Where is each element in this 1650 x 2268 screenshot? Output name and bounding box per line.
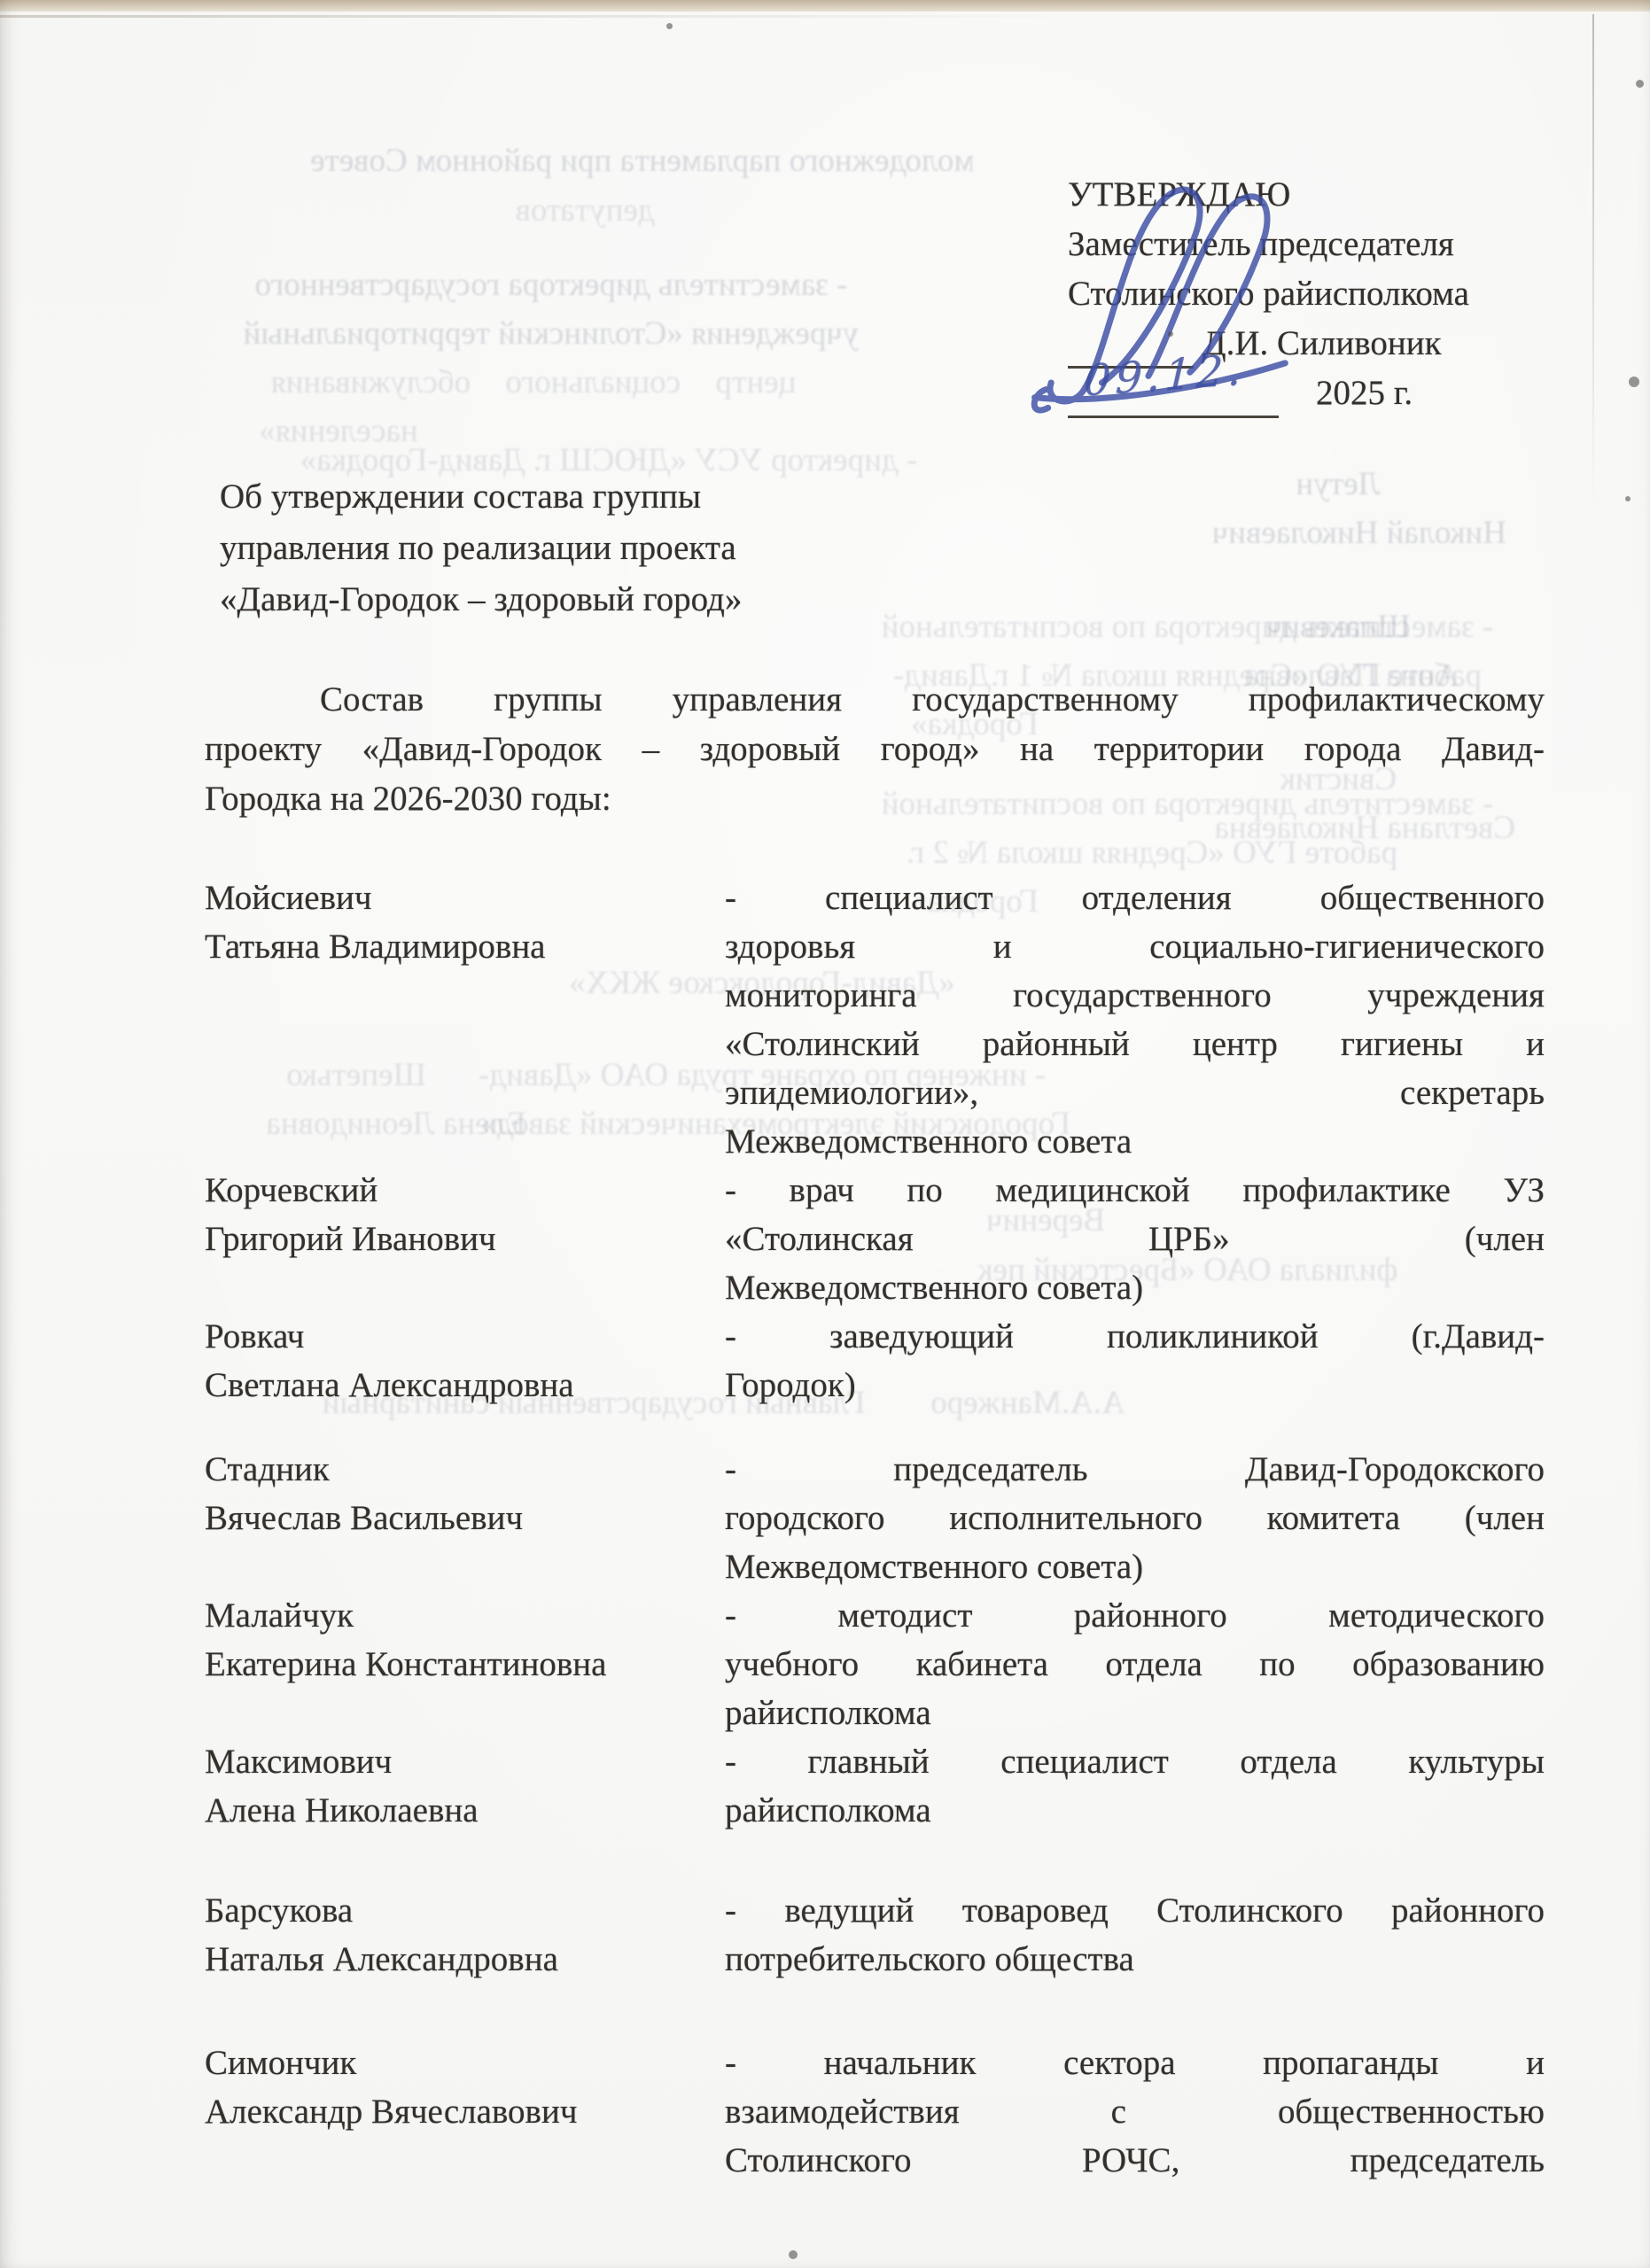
member-role: - ведущий товаровед Столинского районног… — [725, 1886, 1545, 1984]
member-role: - начальник сектора пропаганды ивзаимоде… — [725, 2039, 1545, 2185]
member-name-line: Григорий Иванович — [205, 1215, 725, 1263]
member-role-line: - специалист отделения общественного — [725, 874, 1545, 922]
scan-speck — [1168, 331, 1173, 337]
member-role-line: городского исполнительного комитета (чле… — [725, 1494, 1545, 1542]
bleedthrough-line: работе ГУО «Средняя школа № 2 г. — [842, 834, 1462, 872]
document-title: Об утверждении состава группыуправления … — [220, 471, 893, 625]
bleedthrough-line: Николай Николаевич — [1223, 514, 1506, 552]
member-name-line: Татьяна Владимировна — [205, 922, 725, 971]
member-role: - врач по медицинской профилактике УЗ«Ст… — [725, 1166, 1545, 1312]
bleedthrough-line: депутатов — [479, 191, 691, 229]
member-role-line: учебного кабинета отдела по образованию — [725, 1640, 1545, 1689]
member-name-line: Вячеслав Васильевич — [205, 1494, 725, 1542]
scanner-edge-band — [0, 0, 1650, 12]
member-role-line: - врач по медицинской профилактике УЗ — [725, 1166, 1545, 1215]
member-role-line: - главный специалист отдела культуры — [725, 1737, 1545, 1786]
member-role-line: взаимодействия с общественностью — [725, 2087, 1545, 2136]
member-role: - методист районного методическогоучебно… — [725, 1591, 1545, 1737]
scan-speck — [1625, 496, 1631, 501]
member-name-line: Александр Вячеславович — [205, 2087, 725, 2136]
member-role-line: - ведущий товаровед Столинского районног… — [725, 1886, 1545, 1935]
member-role: - председатель Давид-Городокскогогородск… — [725, 1445, 1545, 1591]
bleedthrough-line: центр социального обслуживания — [241, 363, 826, 401]
member-role-line: здоровья и социально-гигиенического — [725, 922, 1545, 971]
member-role-line: райисполкома — [725, 1786, 1545, 1835]
bleedthrough-line: - заместитель директора государственного — [241, 266, 861, 304]
member-name: МаксимовичАлена Николаевна — [205, 1737, 725, 1835]
member-row: БарсуковаНаталья Александровна- ведущий … — [205, 1886, 1545, 1984]
paper-right-edge — [1592, 14, 1594, 510]
member-row: МалайчукЕкатерина Константиновна- методи… — [205, 1591, 1545, 1737]
member-role: - главный специалист отдела культурырайи… — [725, 1737, 1545, 1835]
member-role-line: Городок) — [725, 1361, 1545, 1410]
scan-speck — [1629, 377, 1639, 387]
member-name-line: Симончик — [205, 2039, 725, 2087]
member-row: КорчевскийГригорий Иванович- врач по мед… — [205, 1166, 1545, 1312]
member-role-line: Столинского РОЧС, председатель — [725, 2136, 1545, 2185]
intro-line: Городка на 2026-2030 годы: — [205, 774, 1545, 824]
member-name: МойсиевичТатьяна Владимировна — [205, 874, 725, 1166]
member-role-line: «Столинская ЦРБ» (член — [725, 1215, 1545, 1263]
member-role-line: эпидемиологии», секретарь — [725, 1068, 1545, 1117]
member-name: КорчевскийГригорий Иванович — [205, 1166, 725, 1312]
member-name-line: Светлана Александровна — [205, 1361, 725, 1410]
paper-top-crease — [0, 15, 1089, 18]
members-list: МойсиевичТатьяна Владимировна- специалис… — [205, 874, 1545, 2185]
member-name-line: Стадник — [205, 1445, 725, 1494]
member-role: - заведующий поликлиникой (г.Давид-Город… — [725, 1312, 1545, 1410]
member-name-line: Ровкач — [205, 1312, 725, 1361]
title-line: «Давид-Городок – здоровый город» — [220, 574, 893, 625]
member-role-line: райисполкома — [725, 1689, 1545, 1737]
scan-speck — [1636, 80, 1644, 88]
member-role-line: - начальник сектора пропаганды и — [725, 2039, 1545, 2087]
approval-position-line2: Столинского райисполкома — [1068, 269, 1511, 319]
member-name-line: Мойсиевич — [205, 874, 725, 922]
member-row: СимончикАлександр Вячеславович- начальни… — [205, 2039, 1545, 2185]
intro-line: проекту «Давид-Городок – здоровый город»… — [205, 725, 1545, 774]
bleedthrough-line: учреждения «Столинский территориальный — [241, 315, 861, 353]
member-name-line: Малайчук — [205, 1591, 725, 1640]
member-name: СимончикАлександр Вячеславович — [205, 2039, 725, 2185]
member-name-line: Максимович — [205, 1737, 725, 1786]
member-role-line: потребительского общества — [725, 1935, 1545, 1984]
member-role-line: Межведомственного совета — [725, 1117, 1545, 1166]
approval-position-line1: Заместитель председателя — [1068, 220, 1511, 269]
approval-block: УТВЕРЖДАЮ Заместитель председателя Столи… — [1068, 170, 1511, 418]
bleedthrough-line: Летун — [1223, 465, 1453, 503]
bleedthrough-line: молодежного парламента при районном Сове… — [261, 142, 1023, 180]
member-name: РовкачСветлана Александровна — [205, 1312, 725, 1410]
member-row: СтадникВячеслав Васильевич- председатель… — [205, 1445, 1545, 1591]
scanned-page: молодежного парламента при районном Сове… — [0, 0, 1650, 2268]
approval-label: УТВЕРЖДАЮ — [1068, 170, 1511, 220]
member-role-line: - методист районного методического — [725, 1591, 1545, 1640]
title-line: Об утверждении состава группы — [220, 471, 893, 523]
member-role-line: - председатель Давид-Городокского — [725, 1445, 1545, 1494]
member-role: - специалист отделения общественногоздор… — [725, 874, 1545, 1166]
member-role-line: Межведомственного совета) — [725, 1542, 1545, 1591]
member-row: МаксимовичАлена Николаевна- главный спец… — [205, 1737, 1545, 1835]
member-name-line: Корчевский — [205, 1166, 725, 1215]
member-role-line: Межведомственного совета) — [725, 1263, 1545, 1312]
member-name-line: Барсукова — [205, 1886, 725, 1935]
member-name: СтадникВячеслав Васильевич — [205, 1445, 725, 1591]
intro-paragraph: Состав группы управления государственном… — [205, 675, 1545, 824]
bleedthrough-line: - заместитель директора по воспитательно… — [842, 608, 1533, 646]
member-name: МалайчукЕкатерина Константиновна — [205, 1591, 725, 1737]
member-row: РовкачСветлана Александровна- заведующий… — [205, 1312, 1545, 1410]
member-role-line: «Столинский районный центр гигиены и — [725, 1020, 1545, 1068]
scan-speck — [666, 23, 673, 29]
member-name-line: Екатерина Константиновна — [205, 1640, 725, 1689]
member-role-line: мониторинга государственного учреждения — [725, 971, 1545, 1020]
member-name: БарсуковаНаталья Александровна — [205, 1886, 725, 1984]
scan-speck — [789, 2250, 798, 2259]
approval-year: 2025 г. — [1316, 369, 1413, 418]
member-row: МойсиевичТатьяна Владимировна- специалис… — [205, 874, 1545, 1166]
member-name-line: Алена Николаевна — [205, 1786, 725, 1835]
member-role-line: - заведующий поликлиникой (г.Давид- — [725, 1312, 1545, 1361]
title-line: управления по реализации проекта — [220, 523, 893, 574]
member-name-line: Наталья Александровна — [205, 1935, 725, 1984]
intro-line: Состав группы управления государственном… — [205, 675, 1545, 725]
